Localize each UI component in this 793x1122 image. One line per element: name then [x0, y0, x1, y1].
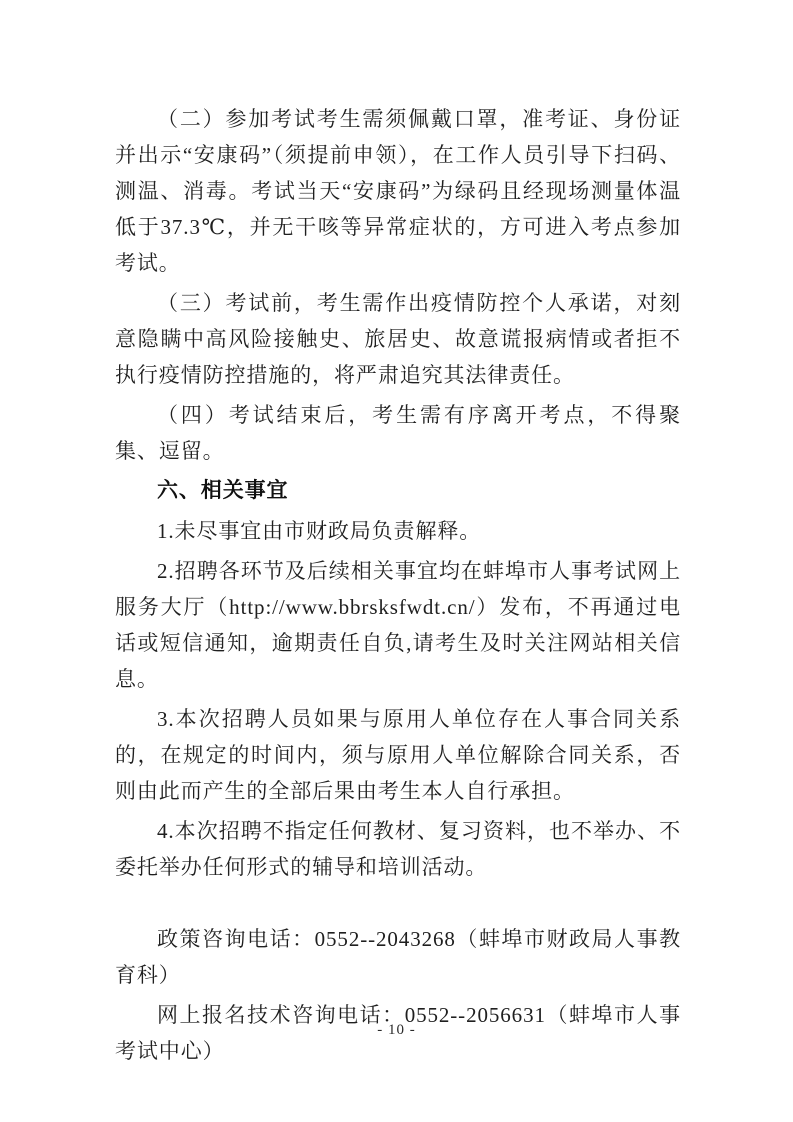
related-item-1: 1.未尽事宜由市财政局负责解释。: [115, 513, 681, 549]
paragraph-epidemic-mask-rules: （二）参加考试考生需须佩戴口罩，准考证、身份证并出示“安康码”（须提前申领），在…: [115, 101, 681, 281]
related-item-4: 4.本次招聘不指定任何教材、复习资料，也不举办、不委托举办任何形式的辅导和培训活…: [115, 813, 681, 885]
contact-policy-phone: 政策咨询电话：0552--2043268（蚌埠市财政局人事教育科）: [115, 921, 681, 993]
document-page: （二）参加考试考生需须佩戴口罩，准考证、身份证并出示“安康码”（须提前申领），在…: [0, 0, 793, 1122]
page-number: - 10 -: [0, 1022, 793, 1039]
paragraph-epidemic-commitment: （三）考试前，考生需作出疫情防控个人承诺，对刻意隐瞒中高风险接触史、旅居史、故意…: [115, 285, 681, 393]
paragraph-leave-exam-site: （四）考试结束后，考生需有序离开考点，不得聚集、逗留。: [115, 397, 681, 469]
related-item-2: 2.招聘各环节及后续相关事宜均在蚌埠市人事考试网上服务大厅（http://www…: [115, 553, 681, 697]
section-heading-related-matters: 六、相关事宜: [115, 473, 681, 509]
document-body: （二）参加考试考生需须佩戴口罩，准考证、身份证并出示“安康码”（须提前申领），在…: [115, 101, 681, 1073]
related-item-3: 3.本次招聘人员如果与原用人单位存在人事合同关系的，在规定的时间内，须与原用人单…: [115, 701, 681, 809]
